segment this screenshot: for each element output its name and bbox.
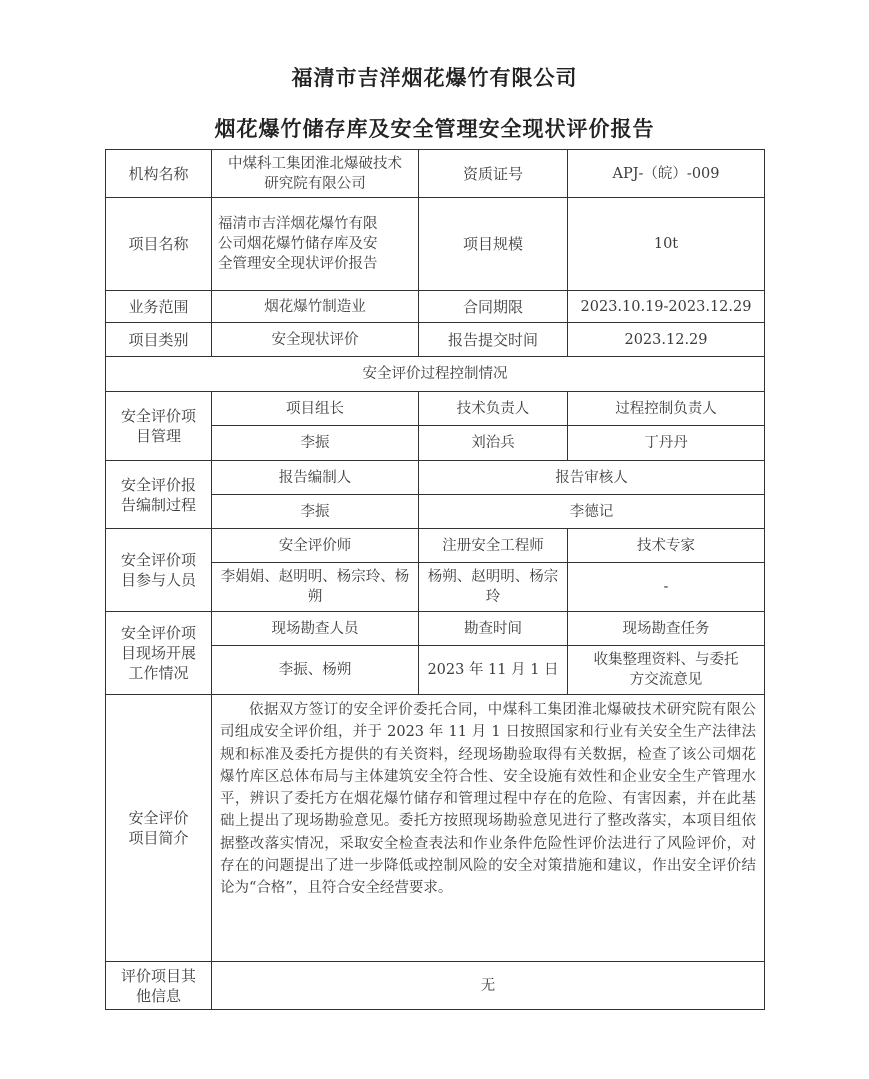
submit-value: 2023.12.29 xyxy=(568,323,765,357)
table-row: 项目名称 福清市吉洋烟花爆竹有限公司烟花爆竹储存库及安全管理安全现状评价报告 项… xyxy=(106,198,765,291)
org-name-value: 中煤科工集团淮北爆破技术研究院有限公司 xyxy=(212,150,419,198)
participants-value: - xyxy=(568,563,765,612)
report-title: 烟花爆竹储存库及安全管理安全现状评价报告 xyxy=(0,113,869,143)
participants-header: 安全评价师 xyxy=(212,529,419,563)
cert-label: 资质证号 xyxy=(419,150,568,198)
section-title: 安全评价过程控制情况 xyxy=(106,357,765,392)
scope-value: 烟花爆竹制造业 xyxy=(212,291,419,323)
table-row: 业务范围 烟花爆竹制造业 合同期限 2023.10.19-2023.12.29 xyxy=(106,291,765,323)
table-row: 安全评价项目参与人员 安全评价师 注册安全工程师 技术专家 xyxy=(106,529,765,563)
scale-label: 项目规模 xyxy=(419,198,568,291)
submit-label: 报告提交时间 xyxy=(419,323,568,357)
other-info-label: 评价项目其他信息 xyxy=(106,962,212,1010)
management-value: 丁丹丹 xyxy=(568,426,765,461)
org-name-label: 机构名称 xyxy=(106,150,212,198)
site-work-value: 2023 年 11 月 1 日 xyxy=(419,646,568,695)
participants-header: 技术专家 xyxy=(568,529,765,563)
management-label: 安全评价项目管理 xyxy=(106,392,212,461)
table-row: 评价项目其他信息 无 xyxy=(106,962,765,1010)
management-header: 过程控制负责人 xyxy=(568,392,765,426)
management-header: 技术负责人 xyxy=(419,392,568,426)
compilation-value: 李振 xyxy=(212,495,419,529)
table-row: 机构名称 中煤科工集团淮北爆破技术研究院有限公司 资质证号 APJ-（皖）-00… xyxy=(106,150,765,198)
project-name-value: 福清市吉洋烟花爆竹有限公司烟花爆竹储存库及安全管理安全现状评价报告 xyxy=(212,198,419,291)
management-header: 项目组长 xyxy=(212,392,419,426)
participants-label: 安全评价项目参与人员 xyxy=(106,529,212,612)
compilation-header: 报告编制人 xyxy=(212,461,419,495)
other-info-value: 无 xyxy=(212,962,765,1010)
table-row: 安全评价过程控制情况 xyxy=(106,357,765,392)
project-name-label: 项目名称 xyxy=(106,198,212,291)
site-work-label: 安全评价项目现场开展工作情况 xyxy=(106,612,212,695)
participants-value: 李娟娟、赵明明、杨宗玲、杨朔 xyxy=(212,563,419,612)
compilation-header: 报告审核人 xyxy=(419,461,765,495)
table-row: 安全评价项目管理 项目组长 技术负责人 过程控制负责人 xyxy=(106,392,765,426)
site-work-header: 勘查时间 xyxy=(419,612,568,646)
management-value: 李振 xyxy=(212,426,419,461)
table-row: 项目类别 安全现状评价 报告提交时间 2023.12.29 xyxy=(106,323,765,357)
summary-cell: 依据双方签订的安全评价委托合同，中煤科工集团淮北爆破技术研究院有限公司组成安全评… xyxy=(212,695,765,962)
participants-value: 杨朔、赵明明、杨宗玲 xyxy=(419,563,568,612)
scale-value: 10t xyxy=(568,198,765,291)
table-row: 安全评价项目现场开展工作情况 现场勘查人员 勘查时间 现场勘查任务 xyxy=(106,612,765,646)
cert-value: APJ-（皖）-009 xyxy=(568,150,765,198)
site-work-value: 收集整理资料、与委托方交流意见 xyxy=(568,646,765,695)
site-work-header: 现场勘查任务 xyxy=(568,612,765,646)
type-value: 安全现状评价 xyxy=(212,323,419,357)
contract-label: 合同期限 xyxy=(419,291,568,323)
company-title: 福清市吉洋烟花爆竹有限公司 xyxy=(0,62,869,92)
report-info-table: 机构名称 中煤科工集团淮北爆破技术研究院有限公司 资质证号 APJ-（皖）-00… xyxy=(105,149,765,1010)
type-label: 项目类别 xyxy=(106,323,212,357)
compilation-label: 安全评价报告编制过程 xyxy=(106,461,212,529)
site-work-header: 现场勘查人员 xyxy=(212,612,419,646)
summary-label: 安全评价项目简介 xyxy=(106,695,212,962)
table-row: 安全评价项目简介 依据双方签订的安全评价委托合同，中煤科工集团淮北爆破技术研究院… xyxy=(106,695,765,962)
scope-label: 业务范围 xyxy=(106,291,212,323)
summary-text: 依据双方签订的安全评价委托合同，中煤科工集团淮北爆破技术研究院有限公司组成安全评… xyxy=(220,699,756,900)
management-value: 刘治兵 xyxy=(419,426,568,461)
table-row: 安全评价报告编制过程 报告编制人 报告审核人 xyxy=(106,461,765,495)
site-work-value: 李振、杨朔 xyxy=(212,646,419,695)
compilation-value: 李德记 xyxy=(419,495,765,529)
participants-header: 注册安全工程师 xyxy=(419,529,568,563)
contract-value: 2023.10.19-2023.12.29 xyxy=(568,291,765,323)
